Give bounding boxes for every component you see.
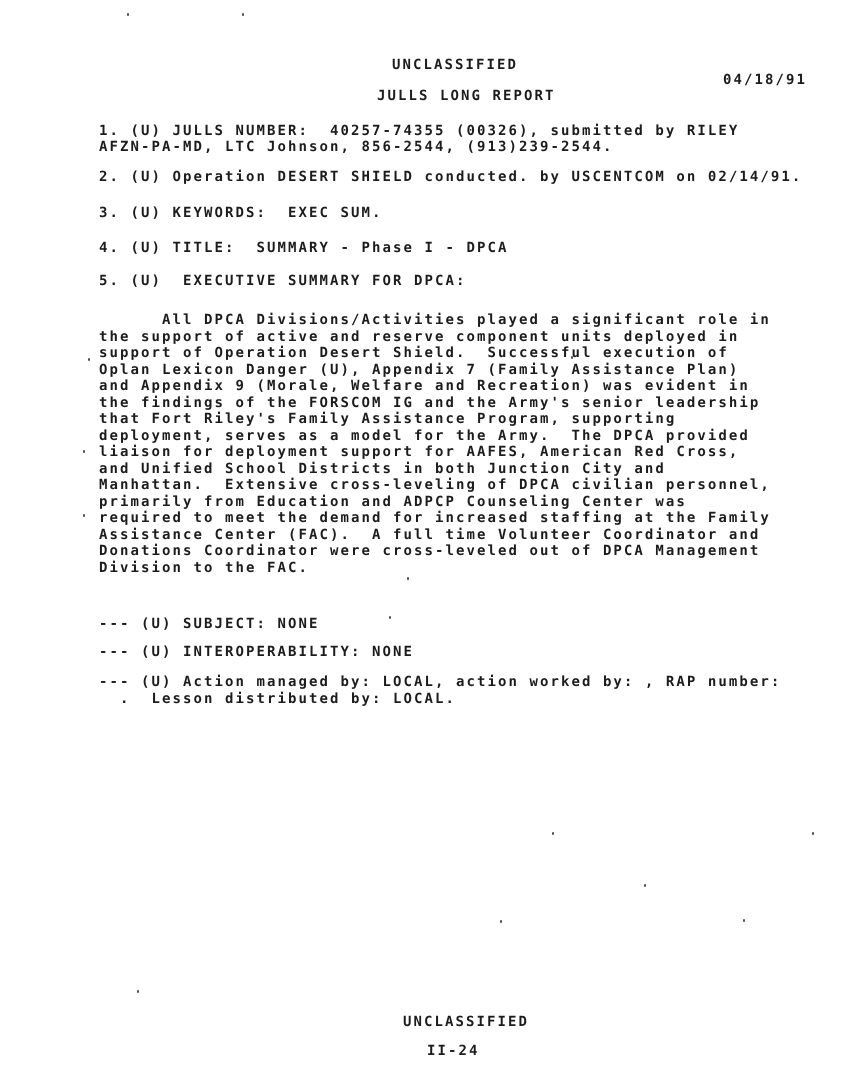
operation-item: 2. (U) Operation DESERT SHIELD conducted…: [99, 169, 802, 185]
report-title: JULLS LONG REPORT: [377, 88, 555, 104]
scan-speck: [552, 832, 554, 835]
footer-classification-label: UNCLASSIFIED: [403, 1014, 529, 1030]
page-number: II-24: [427, 1043, 480, 1059]
scan-speck: [644, 884, 646, 887]
scan-speck: [83, 514, 85, 517]
header-classification-label: UNCLASSIFIED: [392, 57, 518, 73]
scan-speck: [242, 13, 244, 16]
scan-speck: [88, 358, 90, 361]
scan-speck: [127, 13, 129, 16]
scan-speck: [389, 616, 391, 619]
interoperability-line: --- (U) INTEROPERABILITY: NONE: [99, 644, 414, 660]
keywords-item: 3. (U) KEYWORDS: EXEC SUM.: [99, 205, 382, 221]
scan-speck: [83, 450, 85, 453]
title-item: 4. (U) TITLE: SUMMARY - Phase I - DPCA: [99, 240, 508, 256]
executive-summary-paragraph: All DPCA Divisions/Activities played a s…: [99, 312, 771, 576]
scan-speck: [500, 920, 502, 923]
action-managed-line: --- (U) Action managed by: LOCAL, action…: [99, 674, 781, 708]
julls-number-item: 1. (U) JULLS NUMBER: 40257-74355 (00326)…: [99, 123, 739, 155]
exec-summary-heading: 5. (U) EXECUTIVE SUMMARY FOR DPCA:: [99, 273, 466, 289]
document-page: UNCLASSIFIED 04/18/91 JULLS LONG REPORT …: [0, 0, 850, 1091]
scan-speck: [743, 919, 745, 922]
report-date: 04/18/91: [723, 72, 807, 88]
scan-speck: [137, 990, 139, 993]
subject-line: --- (U) SUBJECT: NONE: [99, 616, 319, 632]
scan-speck: [407, 577, 409, 580]
scan-speck: [571, 356, 573, 359]
scan-speck: [812, 832, 814, 835]
